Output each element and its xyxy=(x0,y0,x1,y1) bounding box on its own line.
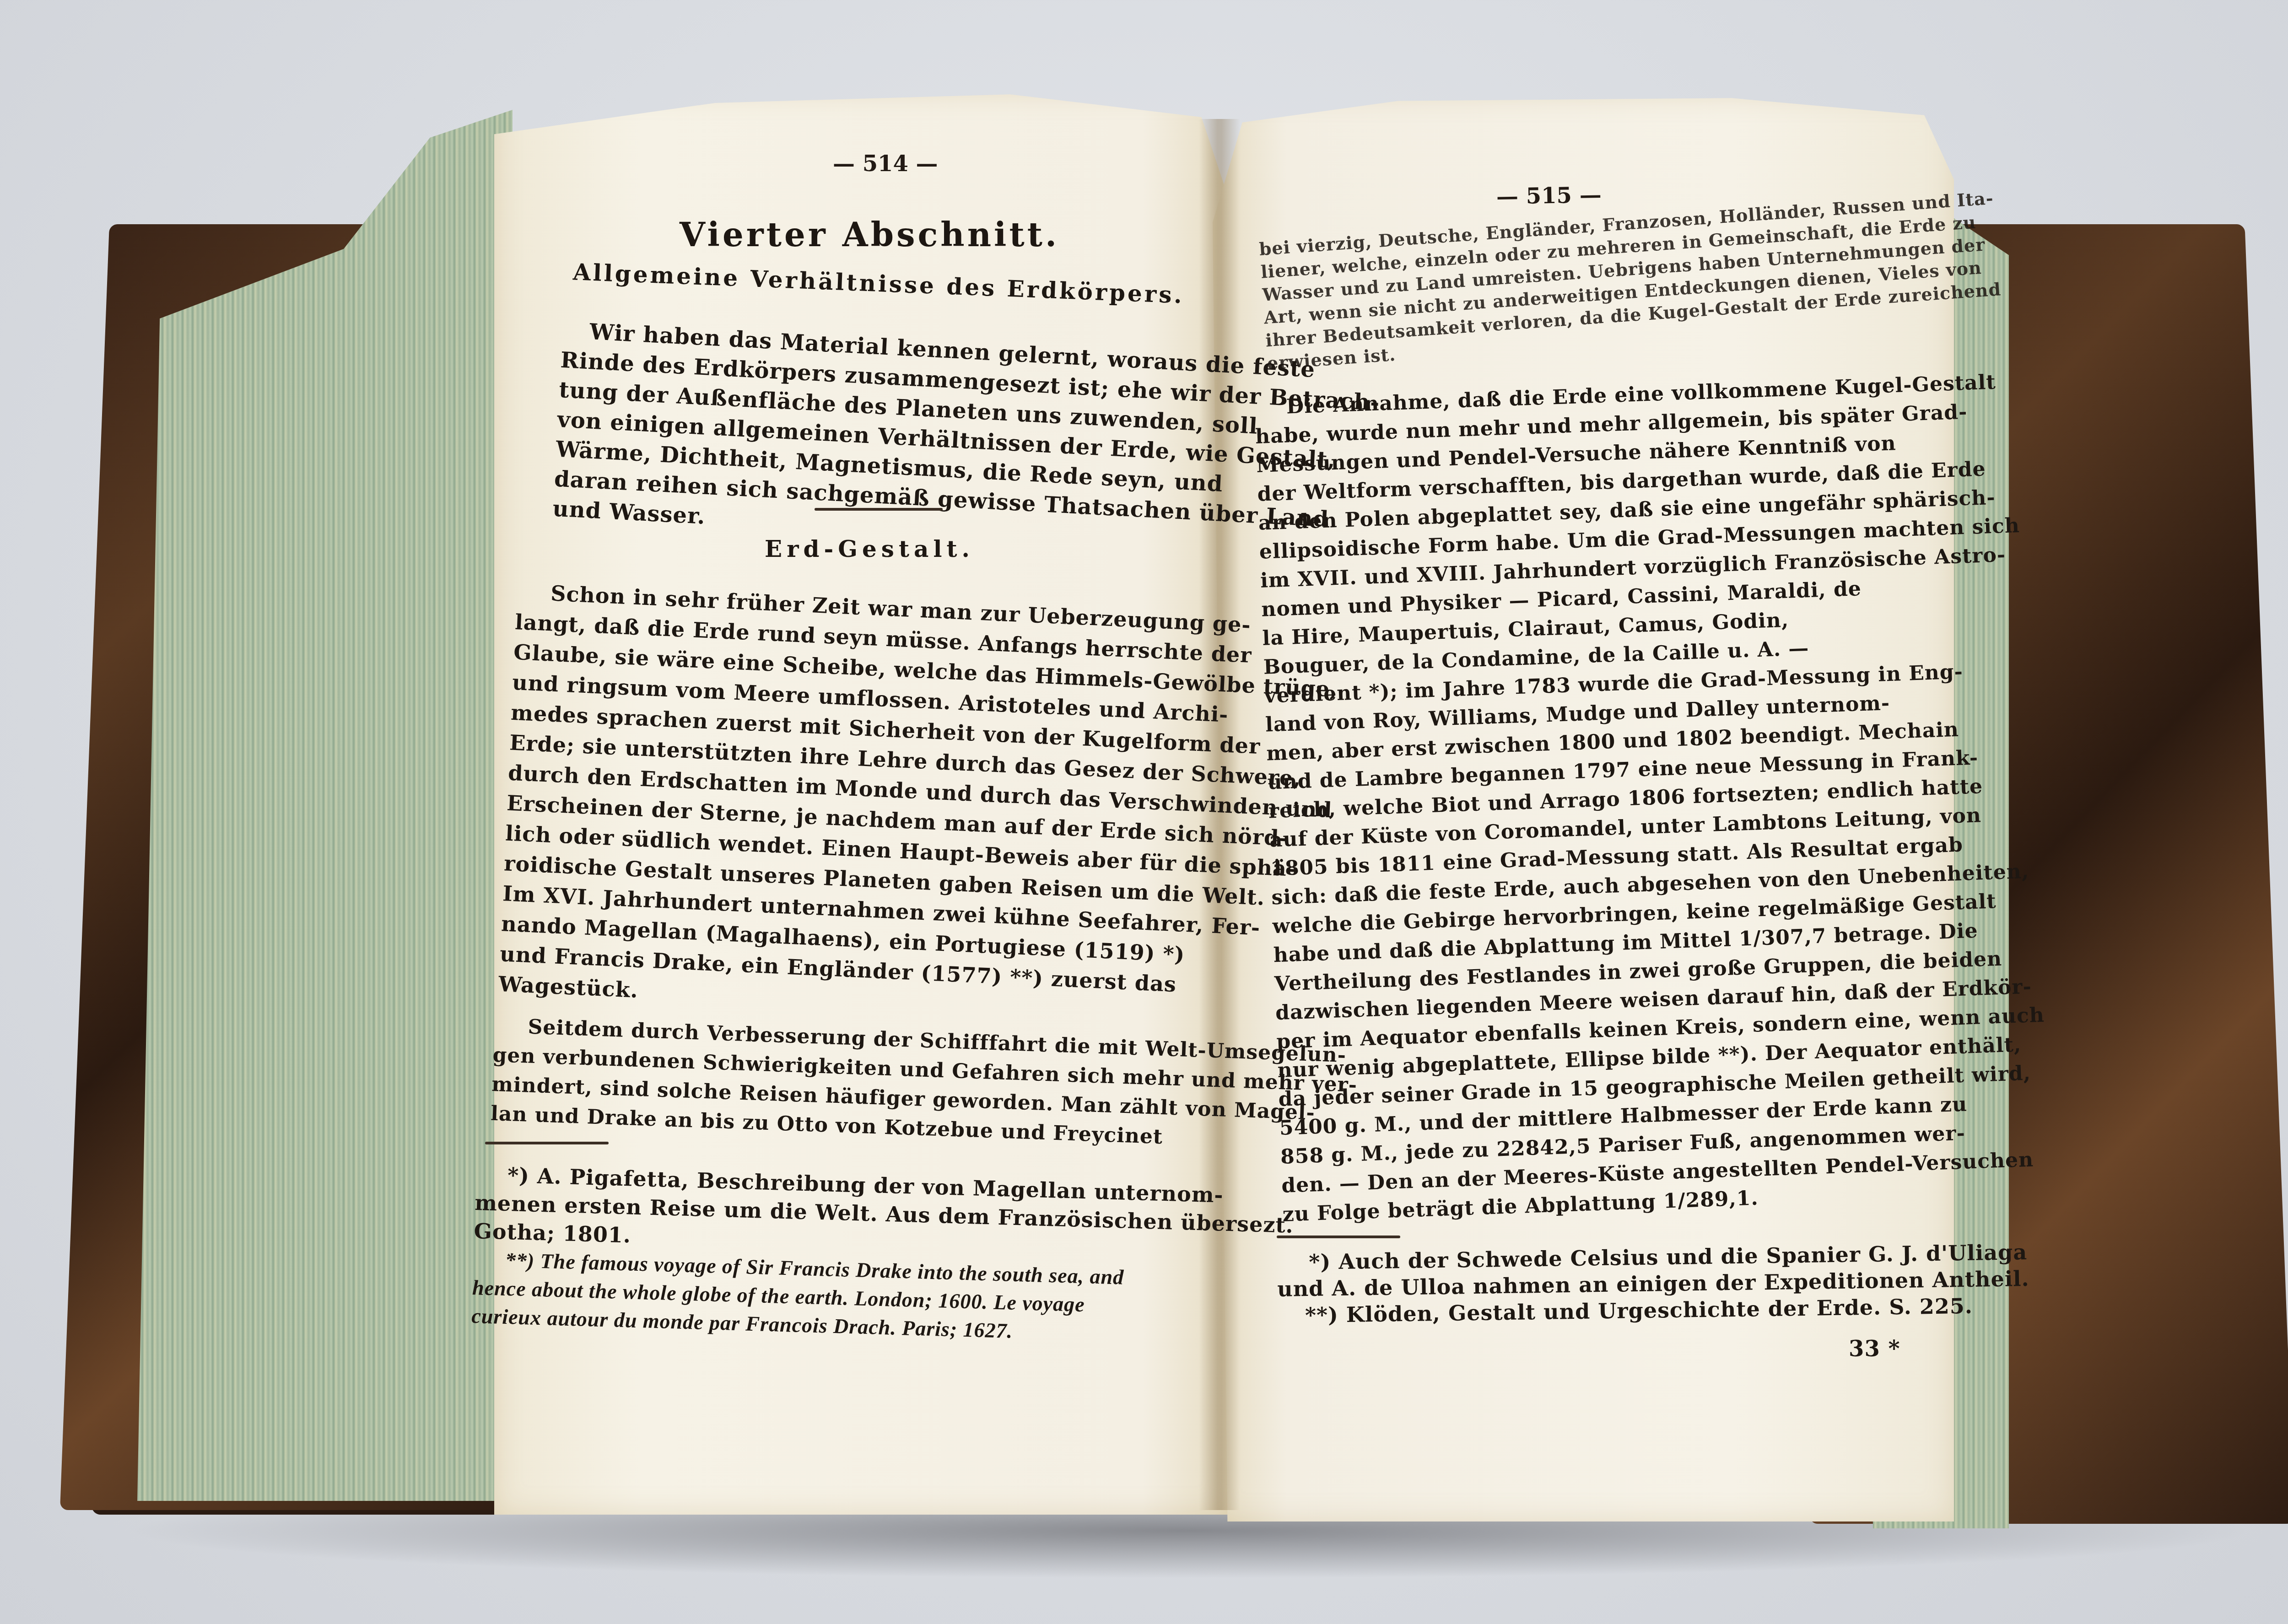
section-title: Vierter Abschnitt. xyxy=(595,215,1144,254)
body-paragraph-2: Seitdem durch Verbesserung der Schifffah… xyxy=(490,1011,1208,1153)
footnotes-right: *) Auch der Schwede Celsius und die Span… xyxy=(1277,1239,2010,1329)
body-paragraph-1: Schon in sehr früher Zeit war man zur Ue… xyxy=(498,577,1212,1031)
left-page-number: — 514 — xyxy=(833,151,938,177)
signature-mark: 33 * xyxy=(1849,1336,1900,1362)
subheading-erd-gestalt: Erd-Gestalt. xyxy=(686,535,1052,562)
page-edges-left xyxy=(137,110,513,1501)
intro-paragraph: Wir haben das Material kennen gelernt, w… xyxy=(552,316,1221,558)
footnote-divider-left xyxy=(485,1142,609,1144)
footnotes-left: *) A. Pigafetta, Beschreibung der von Ma… xyxy=(471,1160,1208,1351)
footnote-divider-right xyxy=(1277,1236,1400,1238)
right-body-paragraph: Die Annahme, daß die Erde eine vollkomme… xyxy=(1254,368,2001,1229)
right-page-number: — 515 — xyxy=(1496,182,1602,210)
section-divider xyxy=(815,508,943,511)
